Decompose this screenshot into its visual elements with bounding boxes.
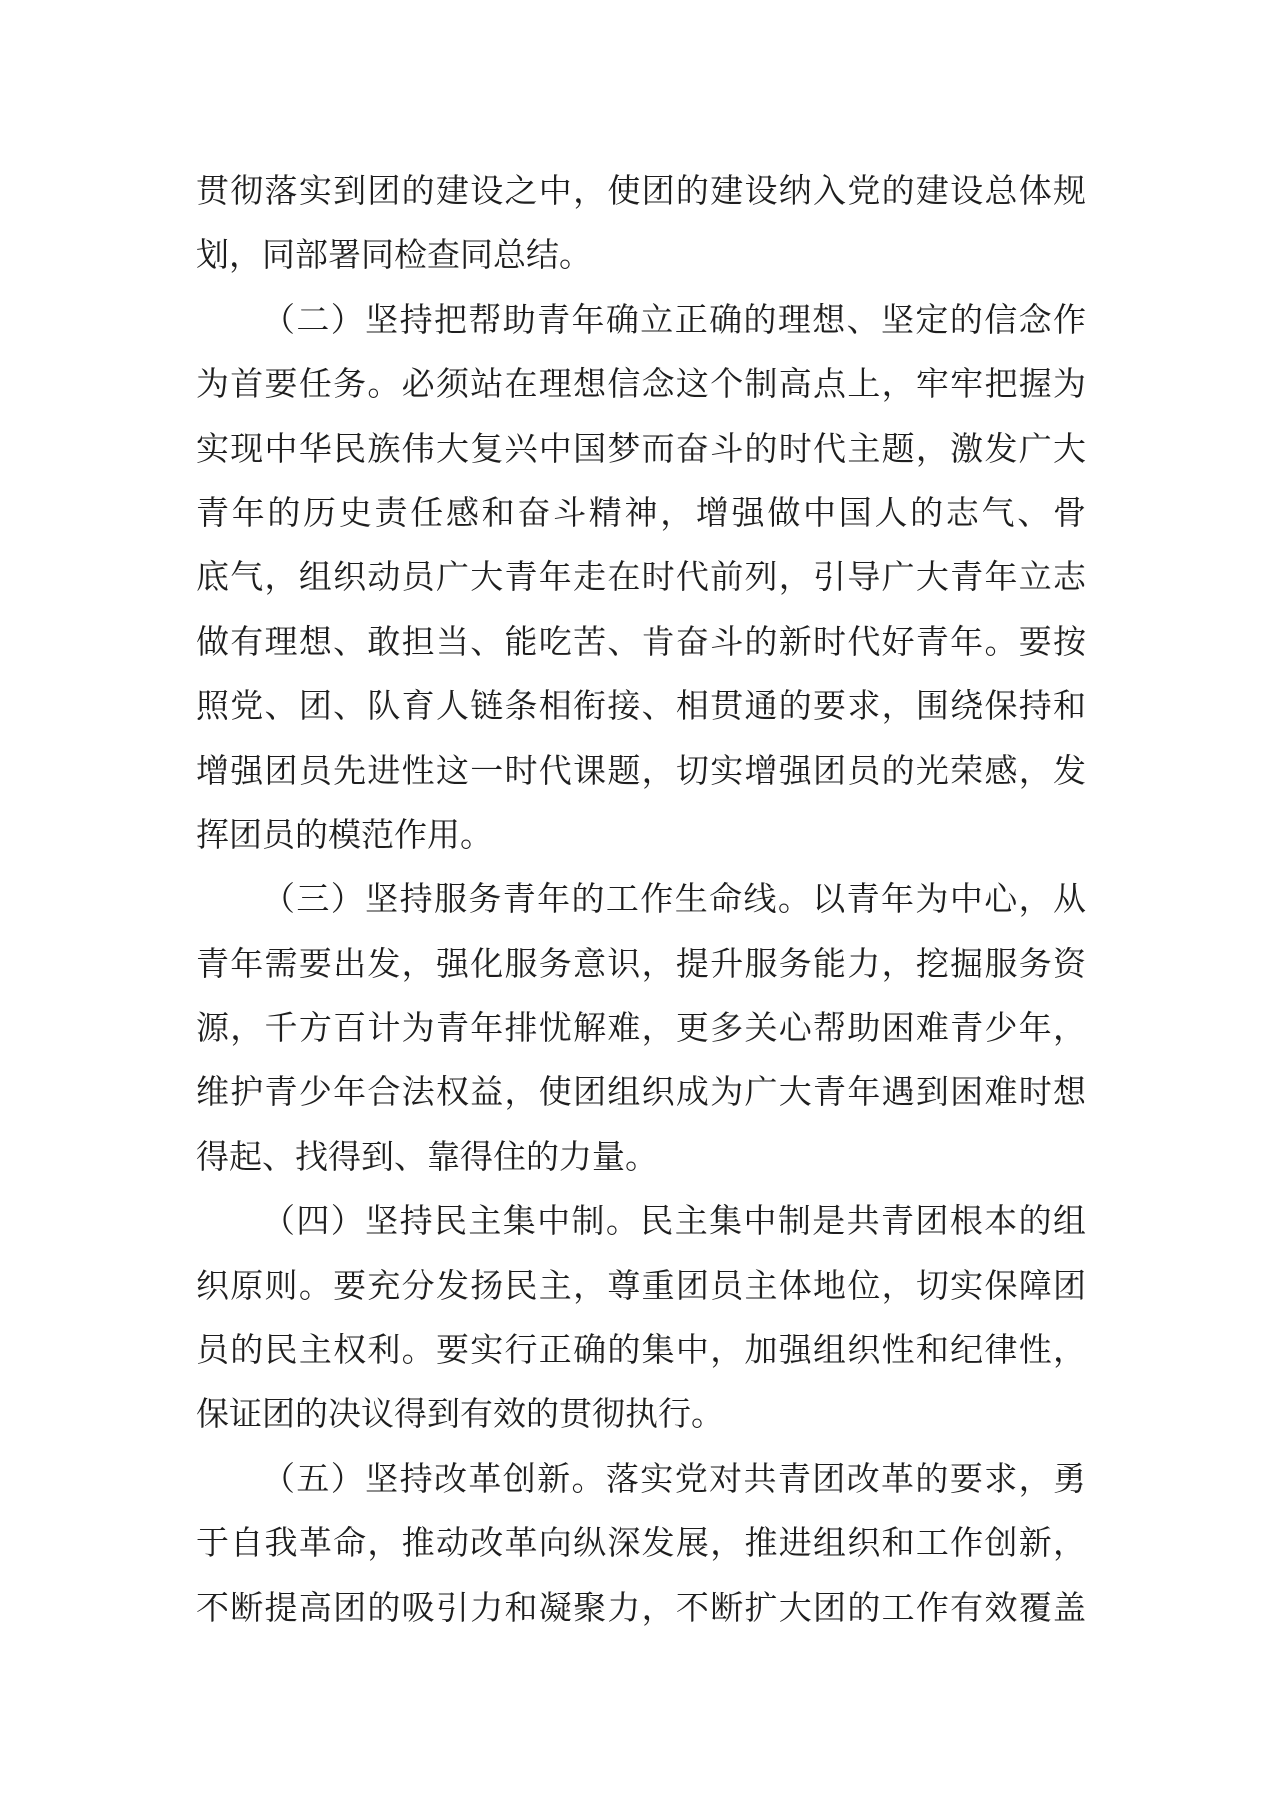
document-text: 贯彻落实到团的建设之中，使团的建设纳入党的建设总体规划，同部署同检查同总结。（二…: [196, 160, 1086, 1641]
text-line: 于自我革命，推动改革向纵深发展，推进组织和工作创新，: [196, 1512, 1086, 1576]
text-line: 增强团员先进性这一时代课题，切实增强团员的光荣感，发: [196, 740, 1086, 804]
paragraph: （二）坚持把帮助青年确立正确的理想、坚定的信念作为首要任务。必须站在理想信念这个…: [196, 289, 1086, 869]
text-line: 保证团的决议得到有效的贯彻执行。: [196, 1383, 1086, 1447]
text-line: 挥团员的模范作用。: [196, 804, 1086, 868]
text-line: 员的民主权利。要实行正确的集中，加强组织性和纪律性，: [196, 1319, 1086, 1383]
text-line: （五）坚持改革创新。落实党对共青团改革的要求，勇: [196, 1448, 1086, 1512]
text-line: 青年的历史责任感和奋斗精神，增强做中国人的志气、骨气、: [196, 482, 1086, 546]
text-line: 划，同部署同检查同总结。: [196, 224, 1086, 288]
text-line: 实现中华民族伟大复兴中国梦而奋斗的时代主题，激发广大: [196, 418, 1086, 482]
text-line: 做有理想、敢担当、能吃苦、肯奋斗的新时代好青年。要按: [196, 611, 1086, 675]
paragraph: （三）坚持服务青年的工作生命线。以青年为中心，从青年需要出发，强化服务意识，提升…: [196, 868, 1086, 1190]
text-line: 维护青少年合法权益，使团组织成为广大青年遇到困难时想: [196, 1061, 1086, 1125]
text-line: （二）坚持把帮助青年确立正确的理想、坚定的信念作: [196, 289, 1086, 353]
text-line: 青年需要出发，强化服务意识，提升服务能力，挖掘服务资: [196, 933, 1086, 997]
text-line: （四）坚持民主集中制。民主集中制是共青团根本的组: [196, 1190, 1086, 1254]
text-line: 为首要任务。必须站在理想信念这个制高点上，牢牢把握为: [196, 353, 1086, 417]
text-line: 得起、找得到、靠得住的力量。: [196, 1126, 1086, 1190]
paragraph: 贯彻落实到团的建设之中，使团的建设纳入党的建设总体规划，同部署同检查同总结。: [196, 160, 1086, 289]
paragraph: （五）坚持改革创新。落实党对共青团改革的要求，勇于自我革命，推动改革向纵深发展，…: [196, 1448, 1086, 1641]
paragraph: （四）坚持民主集中制。民主集中制是共青团根本的组织原则。要充分发扬民主，尊重团员…: [196, 1190, 1086, 1448]
text-line: 不断提高团的吸引力和凝聚力，不断扩大团的工作有效覆盖: [196, 1577, 1086, 1641]
text-line: 织原则。要充分发扬民主，尊重团员主体地位，切实保障团: [196, 1255, 1086, 1319]
text-line: 贯彻落实到团的建设之中，使团的建设纳入党的建设总体规: [196, 160, 1086, 224]
text-line: 照党、团、队育人链条相衔接、相贯通的要求，围绕保持和: [196, 675, 1086, 739]
text-line: 源，千方百计为青年排忧解难，更多关心帮助困难青少年，: [196, 997, 1086, 1061]
document-page: 贯彻落实到团的建设之中，使团的建设纳入党的建设总体规划，同部署同检查同总结。（二…: [0, 0, 1279, 1810]
text-line: 底气，组织动员广大青年走在时代前列，引导广大青年立志: [196, 546, 1086, 610]
text-line: （三）坚持服务青年的工作生命线。以青年为中心，从: [196, 868, 1086, 932]
